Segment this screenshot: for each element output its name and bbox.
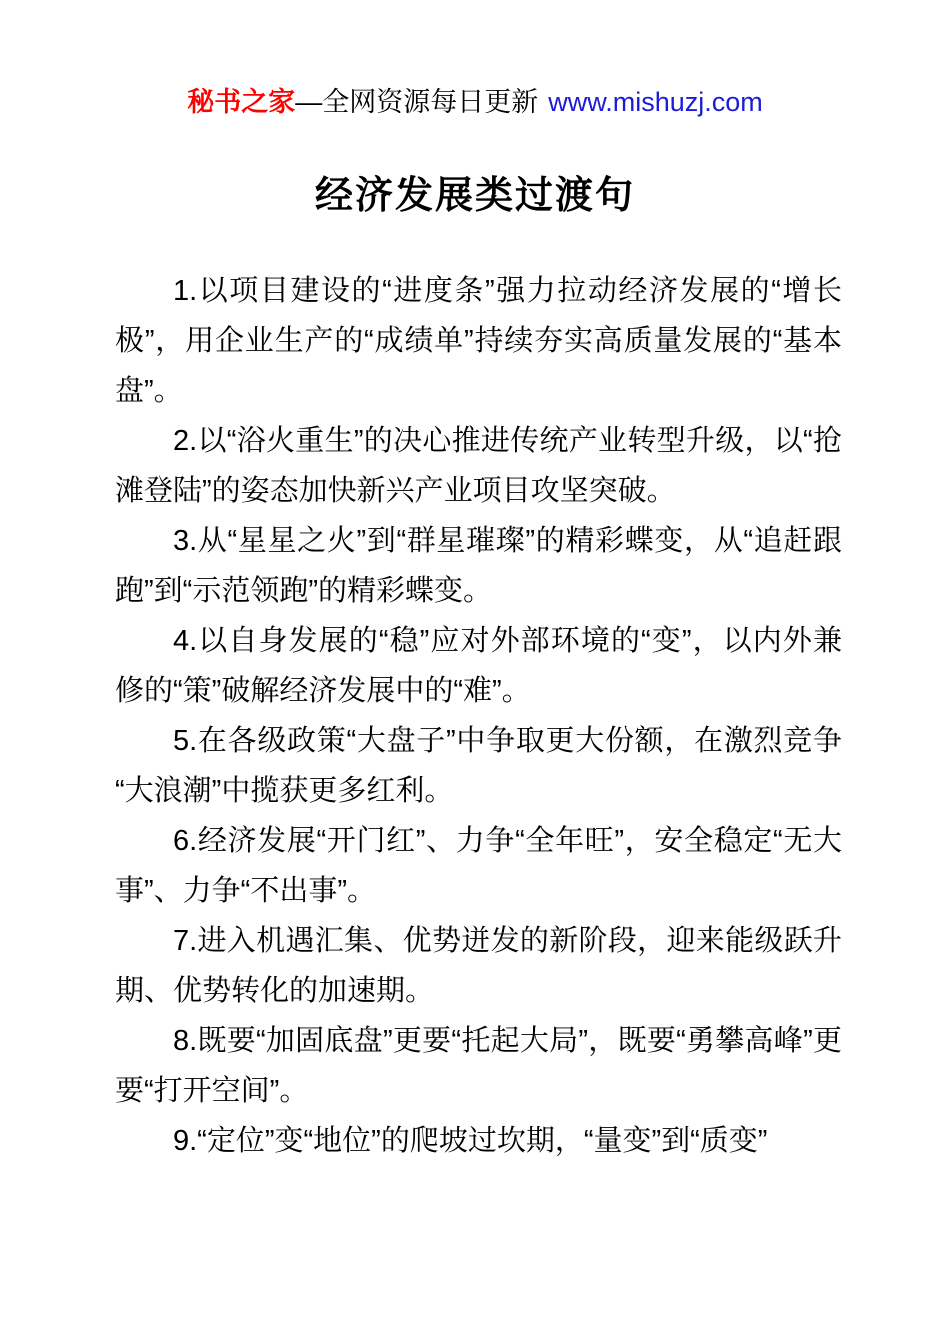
paragraph-3: 3.从“星星之火”到“群星璀璨”的精彩蝶变，从“追赶跟跑”到“示范领跑”的精彩蝶… bbox=[115, 516, 842, 616]
paragraph-5: 5.在各级政策“大盘子”中争取更大份额，在激烈竞争“大浪潮”中揽获更多红利。 bbox=[115, 716, 842, 816]
dash-separator: — bbox=[295, 87, 322, 117]
paragraph-8: 8.既要“加固底盘”更要“托起大局”，既要“勇攀高峰”更要“打开空间”。 bbox=[115, 1016, 842, 1116]
site-header: 秘书之家—全网资源每日更新www.mishuzj.com bbox=[0, 0, 950, 118]
brand-name: 秘书之家 bbox=[187, 87, 295, 117]
paragraph-7: 7.进入机遇汇集、优势迸发的新阶段，迎来能级跃升期、优势转化的加速期。 bbox=[115, 916, 842, 1016]
paragraph-1: 1.以项目建设的“进度条”强力拉动经济发展的“增长极”，用企业生产的“成绩单”持… bbox=[115, 266, 842, 416]
paragraph-9: 9.“定位”变“地位”的爬坡过坎期，“量变”到“质变” bbox=[115, 1116, 842, 1166]
header-tagline: 全网资源每日更新 bbox=[322, 87, 538, 117]
doc-title: 经济发展类过渡句 bbox=[0, 174, 950, 220]
document-page: 秘书之家—全网资源每日更新www.mishuzj.com 经济发展类过渡句 1.… bbox=[0, 0, 950, 1344]
paragraph-6: 6.经济发展“开门红”、力争“全年旺”，安全稳定“无大事”、力争“不出事”。 bbox=[115, 816, 842, 916]
doc-body: 1.以项目建设的“进度条”强力拉动经济发展的“增长极”，用企业生产的“成绩单”持… bbox=[115, 266, 842, 1166]
paragraph-4: 4.以自身发展的“稳”应对外部环境的“变”，以内外兼修的“策”破解经济发展中的“… bbox=[115, 616, 842, 716]
paragraph-2: 2.以“浴火重生”的决心推进传统产业转型升级，以“抢滩登陆”的姿态加快新兴产业项… bbox=[115, 416, 842, 516]
site-url-link[interactable]: www.mishuzj.com bbox=[548, 87, 763, 117]
